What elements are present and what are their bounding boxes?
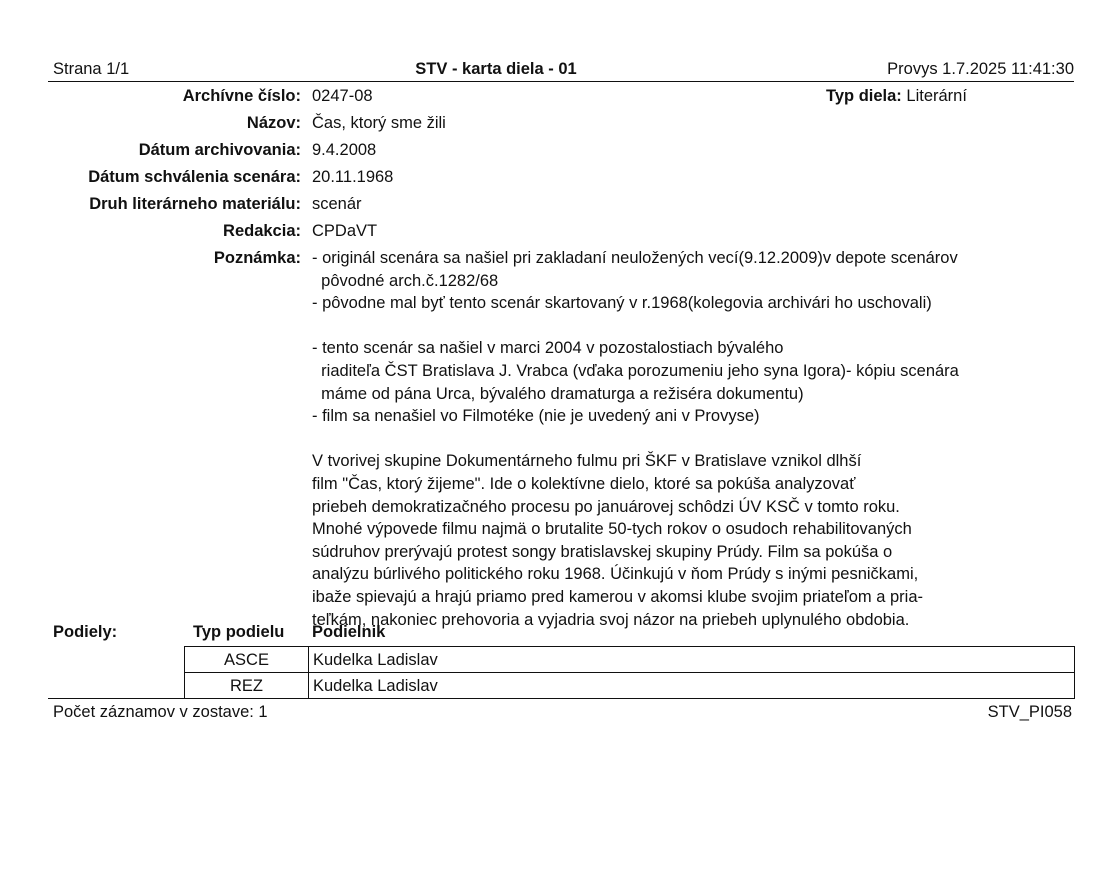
editorial-value: CPDaVT	[312, 221, 377, 241]
title-value: Čas, ktorý sme žili	[312, 113, 446, 133]
archive-number-value: 0247-08	[312, 86, 373, 106]
literary-material-type-value: scenár	[312, 194, 362, 214]
shares-col-type-header: Typ podielu	[193, 622, 284, 642]
literary-material-type-label: Druh literárneho materiálu:	[89, 194, 301, 214]
work-type-label: Typ diela:	[826, 87, 902, 105]
report-title: STV - karta diela - 01	[0, 59, 992, 79]
work-type-value: Literární	[906, 87, 967, 105]
archive-number-label: Archívne číslo:	[183, 86, 301, 106]
table-row: ASCE Kudelka Ladislav	[185, 647, 1075, 673]
share-holder-cell: Kudelka Ladislav	[309, 673, 1075, 699]
system-timestamp: Provys 1.7.2025 11:41:30	[887, 59, 1074, 79]
shares-col-holder-header: Podielnik	[312, 622, 385, 642]
note-text: - originál scenára sa našiel pri zaklada…	[312, 247, 959, 631]
report-id: STV_PI058	[988, 702, 1072, 722]
archive-date-label: Dátum archivovania:	[139, 140, 301, 160]
shares-table: ASCE Kudelka Ladislav REZ Kudelka Ladisl…	[184, 646, 1075, 699]
shares-label: Podiely:	[53, 622, 117, 642]
header-divider	[48, 81, 1074, 82]
note-label: Poznámka:	[214, 248, 301, 268]
work-type-field: Typ diela: Literární	[826, 86, 967, 106]
editorial-label: Redakcia:	[223, 221, 301, 241]
share-holder-cell: Kudelka Ladislav	[309, 647, 1075, 673]
script-approval-date-label: Dátum schválenia scenára:	[88, 167, 301, 187]
title-label: Názov:	[247, 113, 301, 133]
record-count: Počet záznamov v zostave: 1	[53, 702, 268, 722]
script-approval-date-value: 20.11.1968	[312, 167, 393, 187]
footer-divider	[48, 698, 1074, 699]
table-row: REZ Kudelka Ladislav	[185, 673, 1075, 699]
share-type-cell: ASCE	[185, 647, 309, 673]
archive-date-value: 9.4.2008	[312, 140, 376, 160]
share-type-cell: REZ	[185, 673, 309, 699]
